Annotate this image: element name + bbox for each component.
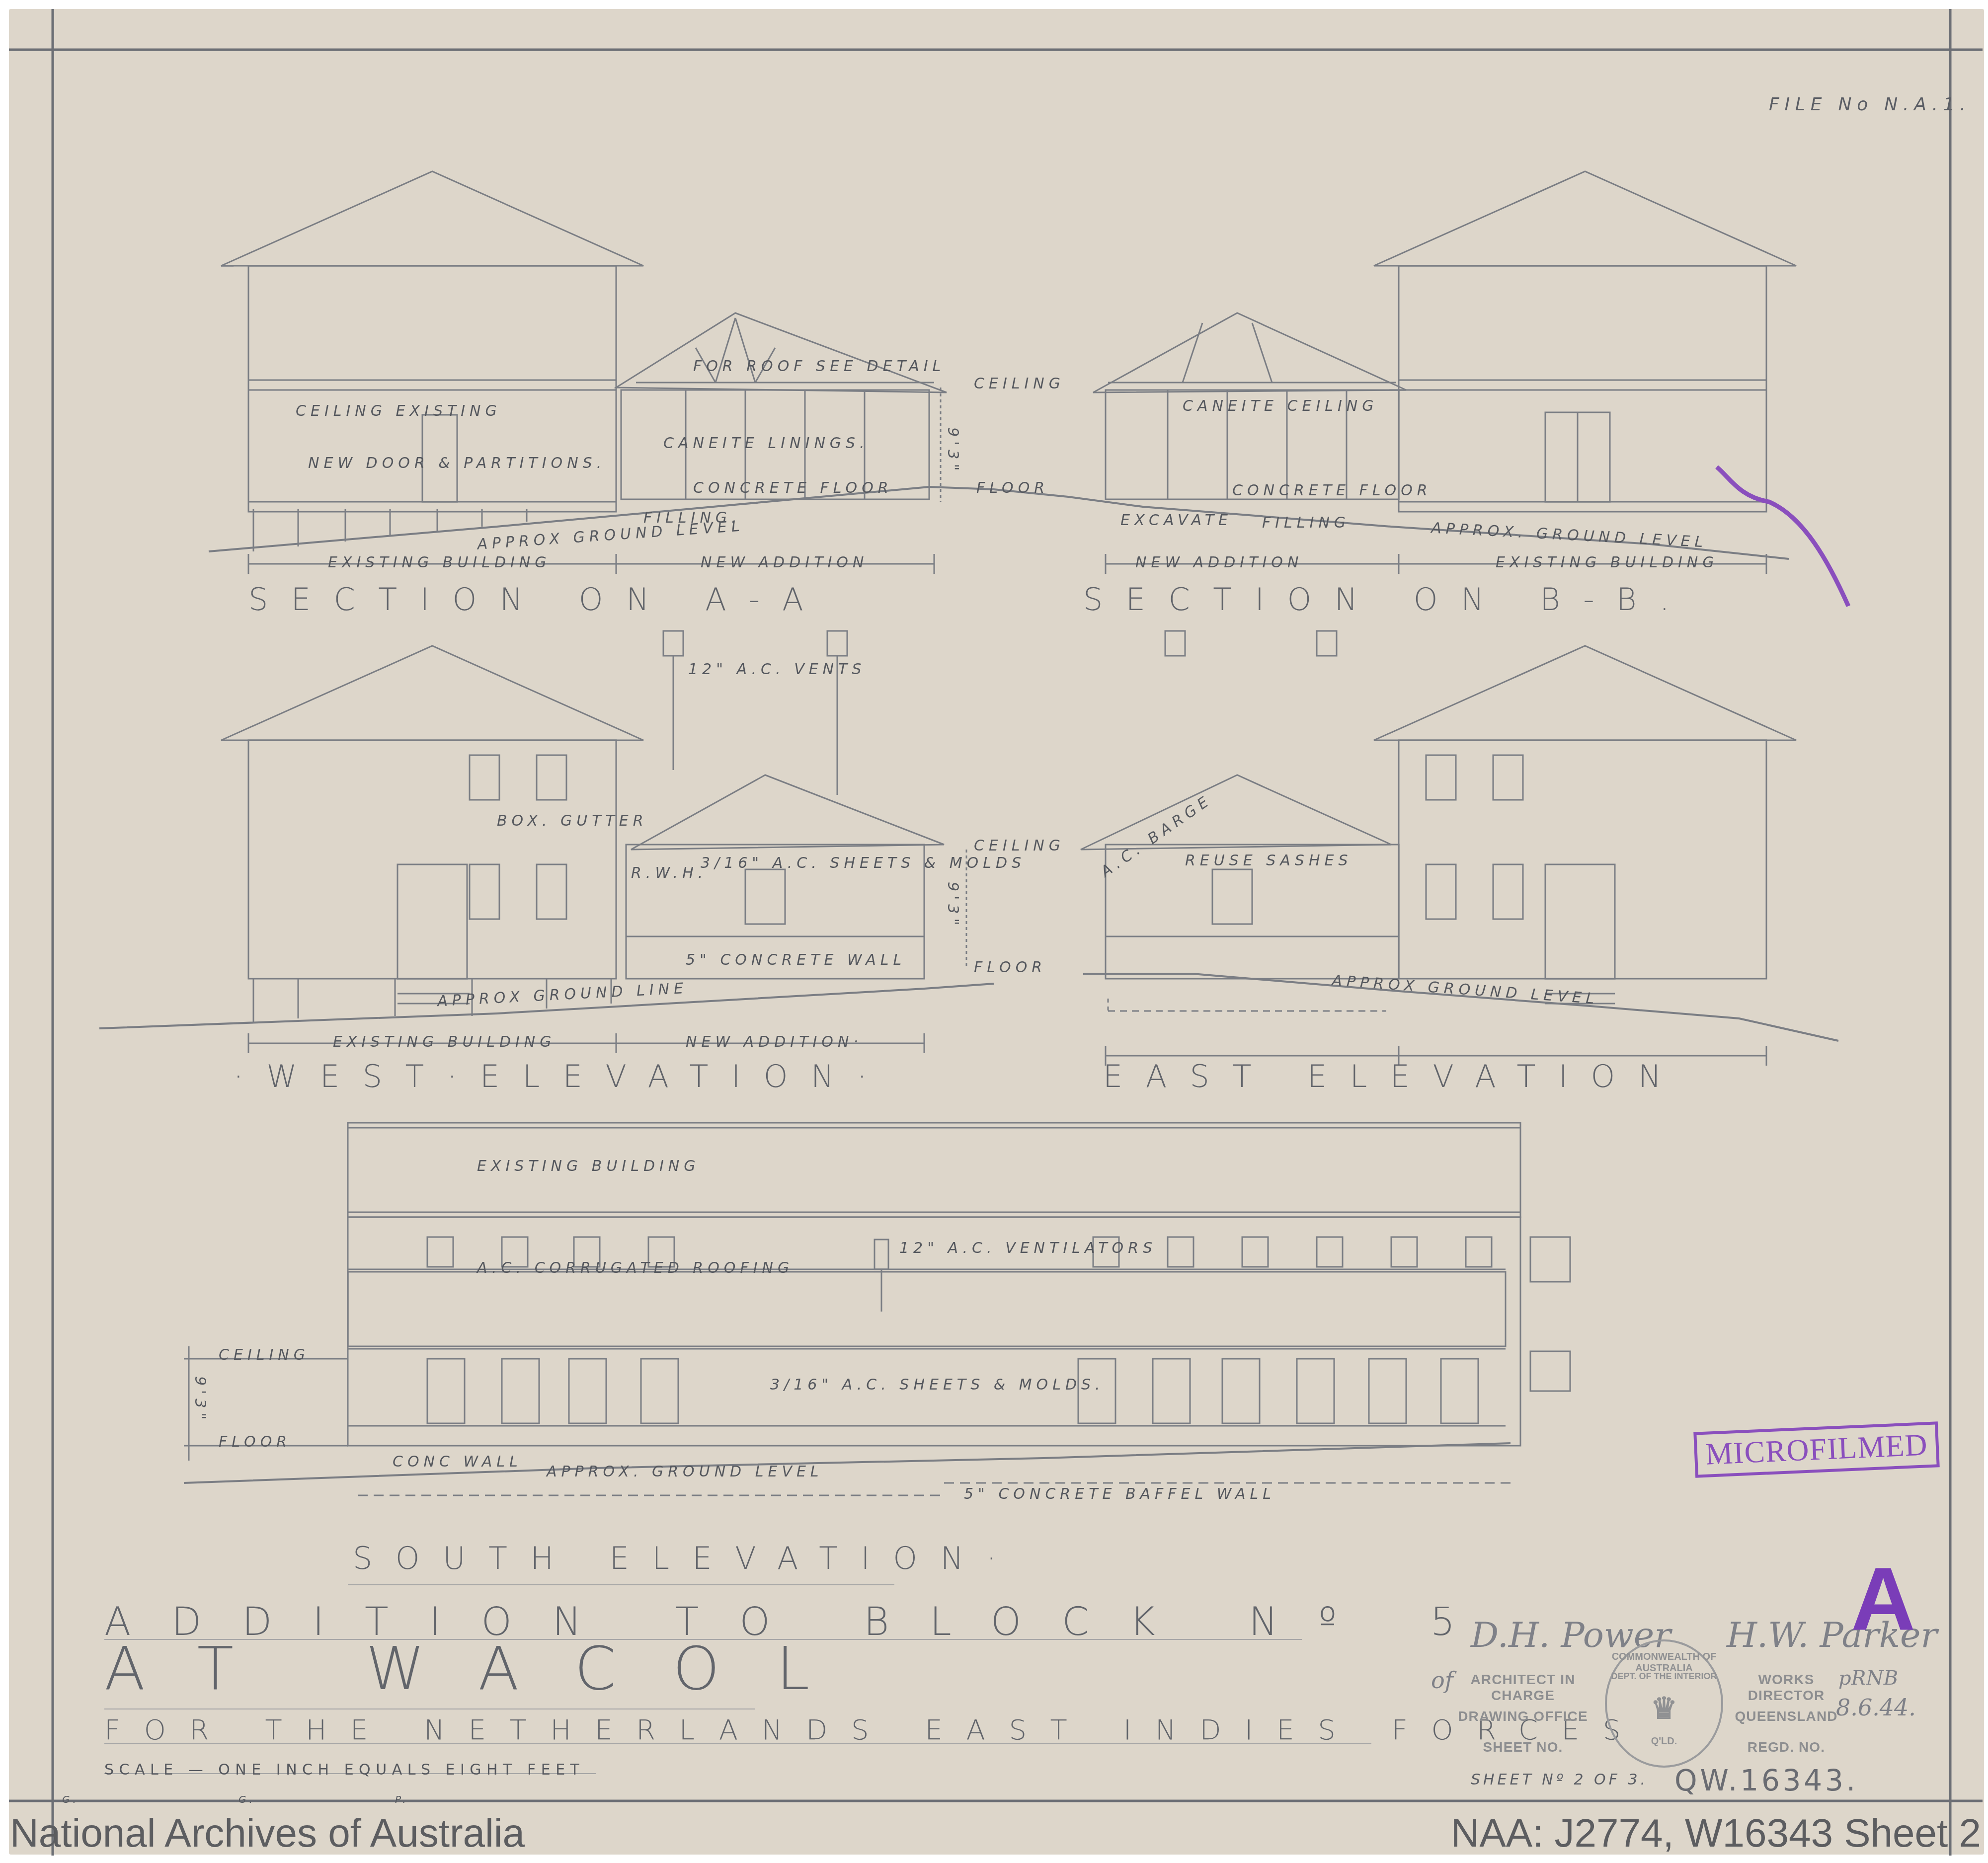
caneite-ceiling-label: CANEITE CEILING bbox=[1183, 397, 1378, 415]
east-elevation-title: EAST ELEVATION bbox=[1103, 1058, 1684, 1094]
file-number: FILE No N.A.1. bbox=[1769, 94, 1971, 115]
south-elevation-drawing bbox=[184, 1123, 1570, 1495]
caneite-linings-label: CANEITE LININGS. bbox=[663, 435, 869, 452]
ac-vents-label: 12" A.C. VENTS bbox=[688, 661, 866, 678]
reuse-sashes-label: REUSE SASHES bbox=[1185, 852, 1352, 869]
section-bb-title: SECTION ON B-B. bbox=[1083, 581, 1692, 618]
sheet-number: SHEET Nº 2 OF 3. bbox=[1471, 1771, 1648, 1788]
director-initials: pRNB bbox=[1838, 1667, 1898, 1690]
existing-building-label: EXISTING BUILDING bbox=[333, 1033, 556, 1051]
commonwealth-seal: COMMONWEALTH OF AUSTRALIA DEPT. OF THE I… bbox=[1605, 1639, 1723, 1768]
architect-stamp: ARCHITECT IN CHARGE DRAWING OFFICE SHEET… bbox=[1446, 1672, 1600, 1755]
ground-level-label: APPROX. GROUND LEVEL bbox=[547, 1463, 823, 1480]
section-aa-title: SECTION ON A-A bbox=[248, 581, 826, 618]
conc-wall-label: CONC WALL bbox=[393, 1453, 522, 1471]
drawing-number: QW.16343. bbox=[1674, 1764, 1858, 1797]
existing-building-label: EXISTING BUILDING bbox=[477, 1158, 700, 1175]
height-dimension: 9'3" bbox=[944, 882, 961, 930]
box-gutter-label: BOX. GUTTER bbox=[497, 812, 648, 830]
revision-mark: A bbox=[1851, 1555, 1915, 1644]
floor-label: FLOOR bbox=[976, 479, 1049, 497]
existing-building-label: EXISTING BUILDING bbox=[328, 554, 551, 571]
ac-ventilators-label: 12" A.C. VENTILATORS bbox=[899, 1240, 1157, 1257]
initial-2: G. bbox=[239, 1793, 255, 1805]
initial-1: G. bbox=[62, 1793, 79, 1805]
height-dimension: 9'3" bbox=[944, 427, 961, 475]
rwh-label: R.W.H. bbox=[631, 864, 707, 882]
ceiling-label: CEILING bbox=[219, 1346, 310, 1364]
section-bb-drawing bbox=[994, 171, 1796, 574]
archive-name: National Archives of Australia bbox=[10, 1813, 525, 1853]
corrugated-roofing-label: A.C. CORRUGATED ROOFING bbox=[477, 1259, 794, 1277]
new-door-label: NEW DOOR & PARTITIONS. bbox=[308, 455, 606, 472]
title-line-3: FOR THE NETHERLANDS EAST INDIES FORCES bbox=[104, 1714, 1644, 1746]
director-stamp: WORKS DIRECTOR QUEENSLAND REGD. NO. bbox=[1729, 1672, 1843, 1755]
archive-reference: NAA: J2774, W16343 Sheet 2 bbox=[1451, 1813, 1981, 1853]
baffle-wall-label: 5" CONCRETE BAFFEL WALL bbox=[964, 1485, 1275, 1503]
sheet-border bbox=[9, 9, 1983, 1856]
south-elevation-title: SOUTH ELEVATION· bbox=[353, 1540, 1020, 1576]
new-addition-label: NEW ADDITION· bbox=[686, 1033, 863, 1051]
floor-label: FLOOR bbox=[974, 959, 1046, 976]
concrete-wall-label: 5" CONCRETE WALL bbox=[686, 951, 906, 969]
floor-label: FLOOR bbox=[219, 1433, 291, 1451]
ac-sheets-label: 3/16" A.C. SHEETS & MOLDS bbox=[701, 854, 1026, 872]
ac-sheets-label: 3/16" A.C. SHEETS & MOLDS. bbox=[770, 1376, 1105, 1394]
existing-building-label: EXISTING BUILDING bbox=[1496, 554, 1719, 571]
crown-icon: ♛ bbox=[1607, 1691, 1721, 1726]
architectural-drawing bbox=[0, 0, 1988, 1863]
scale-note: SCALE — ONE INCH EQUALS EIGHT FEET bbox=[104, 1761, 584, 1779]
ceiling-label: CEILING bbox=[974, 375, 1065, 392]
purple-pen-mark bbox=[1717, 467, 1848, 606]
west-elevation-title: ·WEST·ELEVATION· bbox=[234, 1058, 890, 1094]
ceiling-existing-label: CEILING EXISTING bbox=[296, 402, 501, 420]
title-line-2: AT WACOL bbox=[104, 1634, 866, 1704]
height-dimension: 9'3" bbox=[191, 1376, 209, 1424]
east-elevation-drawing bbox=[1081, 631, 1838, 1066]
excavate-label: EXCAVATE bbox=[1120, 512, 1232, 529]
concrete-floor-label: CONCRETE FLOOR bbox=[1232, 482, 1432, 499]
ceiling-label: CEILING bbox=[974, 837, 1065, 854]
initial-3: P. bbox=[395, 1793, 409, 1805]
filling-label: FILLING bbox=[1262, 514, 1350, 532]
new-addition-label: NEW ADDITION bbox=[701, 554, 868, 571]
approval-date: 8.6.44. bbox=[1836, 1694, 1916, 1721]
concrete-floor-label: CONCRETE FLOOR bbox=[693, 479, 893, 497]
roof-detail-note: FOR ROOF SEE DETAIL bbox=[693, 358, 945, 375]
new-addition-label: NEW ADDITION bbox=[1135, 554, 1303, 571]
